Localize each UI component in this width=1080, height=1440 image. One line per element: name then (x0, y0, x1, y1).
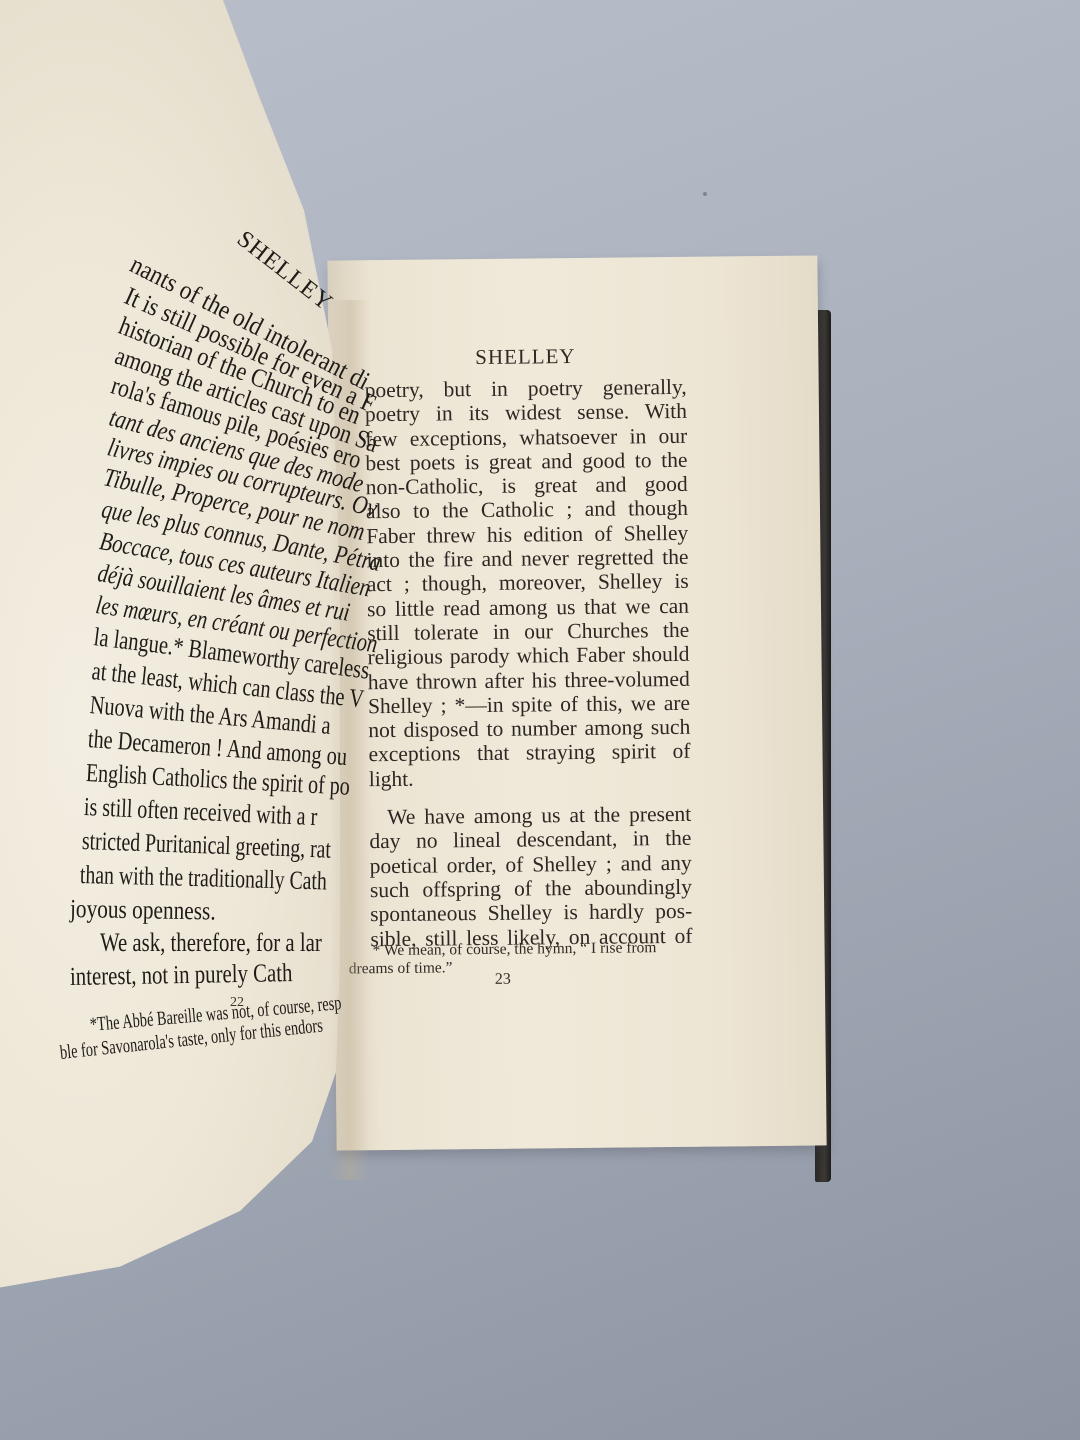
right-page: SHELLEY poetry, but in poetry generally,… (327, 255, 826, 1150)
dust-speck (703, 192, 707, 196)
footnote-line: * We mean, of course, the hymn, “ I rise… (348, 939, 694, 961)
text-line: exceptions that straying spirit of (368, 739, 690, 767)
text-line: joyous openness. (70, 894, 216, 927)
right-page-body: poetry, but in poetry generally, poetry … (365, 375, 693, 951)
text-line: into the fire and never regretted the (366, 545, 688, 573)
text-line: non-Catholic, is great and good (366, 472, 688, 500)
text-line: not disposed to number among such (368, 715, 690, 743)
running-head-right: SHELLEY (364, 343, 686, 371)
text-line: Shelley ; *—in spite of this, we are (368, 691, 690, 719)
text-line: best poets is great and good to the (365, 448, 687, 476)
text-line: We ask, therefore, for a lar (100, 928, 322, 958)
page-number-right: 23 (495, 971, 511, 989)
text-line: act ; though, moreover, Shelley is (367, 569, 689, 597)
footnote-right: * We mean, of course, the hymn, “ I rise… (348, 939, 694, 979)
text-line: poetry, but in poetry generally, (365, 375, 687, 403)
text-line: still tolerate in our Churches the (367, 618, 689, 646)
text-line: have thrown after his three-volumed (368, 666, 690, 694)
text-line: day no lineal descendant, in the (369, 826, 691, 854)
page-number-left: 22 (230, 995, 244, 1011)
text-line: so little read among us that we can (367, 593, 689, 621)
text-line: light. (369, 764, 691, 792)
text-line: poetical order, of Shelley ; and any (370, 850, 692, 878)
footnote-line: dreams of time.” (349, 957, 695, 979)
text-line: such offspring of the aboundingly (370, 875, 692, 903)
text-line: interest, not in purely Cath (70, 958, 293, 992)
text-line: We have among us at the present (369, 802, 691, 830)
text-line: religious parody which Faber should (367, 642, 689, 670)
text-line: poetry in its widest sense. With (365, 399, 687, 427)
text-line: Faber threw his edition of Shelley (366, 521, 688, 549)
text-line: than with the traditionally Cath (80, 860, 328, 896)
text-line: spontaneous Shelley is hardly pos- (370, 899, 692, 927)
text-line: also to the Catholic ; and though (366, 496, 688, 524)
text-line: few exceptions, whatsoever in our (365, 423, 687, 451)
